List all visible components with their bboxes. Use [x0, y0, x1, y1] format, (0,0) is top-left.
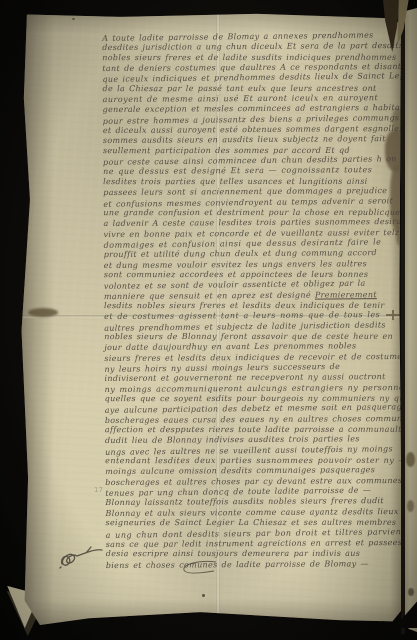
fold-mark: [28, 308, 58, 317]
faint-pencil-mark: 17: [94, 486, 103, 494]
ink-spot: [406, 452, 415, 467]
handwriting-text: A toute ladite parroisse de Blomay a ann…: [102, 31, 406, 571]
ink-speck: [72, 18, 75, 20]
ink-spot: [407, 500, 414, 512]
ink-speck: [14, 170, 22, 179]
manuscript-page: A toute ladite parroisse de Blomay a ann…: [20, 12, 404, 625]
ink-spot: [408, 588, 414, 596]
notary-paraph-icon: [58, 544, 110, 572]
text-line: desdites jurisdiction a ung chun diceulx…: [102, 41, 402, 53]
facing-page-edge: [405, 8, 417, 632]
pen-flourish: [180, 560, 220, 582]
page-gap: [401, 6, 405, 634]
photo-background: A toute ladite parroisse de Blomay a ann…: [0, 0, 417, 640]
ink-speck: [202, 594, 205, 597]
text-line: biens et choses comunes de ladite parroi…: [106, 558, 406, 570]
